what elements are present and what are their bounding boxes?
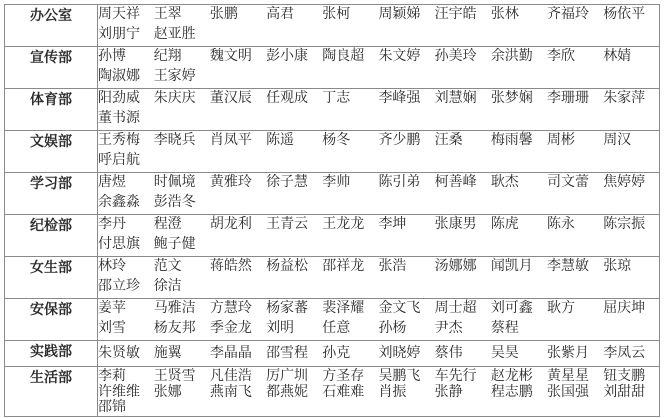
name-cell: 李峰强 [378, 89, 434, 131]
name-cell: 陈宗振 [603, 215, 659, 257]
name-cell: 厉广圳都燕妮 [266, 367, 322, 417]
member-name: 蔡伟 [435, 344, 491, 364]
member-name: 纪翔 [154, 47, 210, 67]
name-cell: 赵龙彬程志鹏 [491, 367, 547, 417]
member-name: 张康男 [435, 215, 491, 235]
department-cell: 安保部 [5, 299, 98, 341]
member-name: 朱庆庆 [154, 89, 210, 109]
member-name: 任意 [322, 319, 378, 339]
member-name: 屈庆坤 [603, 299, 659, 319]
member-name: 丁志 [322, 89, 378, 109]
name-cell: 林婧 [603, 47, 659, 89]
name-cell: 屈庆坤 [603, 299, 659, 341]
name-cell: 马雅洁杨友邦 [154, 299, 210, 341]
name-cell: 周士超尹杰 [435, 299, 491, 341]
name-cell: 李坤 [378, 215, 434, 257]
name-cell: 程澄鲍子健 [154, 215, 210, 257]
member-name: 张紫月 [547, 344, 603, 364]
member-name: 范文 [154, 257, 210, 277]
member-name: 李坤 [378, 215, 434, 235]
member-name: 程澄 [154, 215, 210, 235]
name-cell: 徐子慧 [266, 173, 322, 215]
member-name: 钮支鹏 [603, 369, 659, 385]
member-name: 石难难 [322, 385, 378, 401]
name-cell: 张林 [491, 5, 547, 47]
name-cell: 纪翔王家婷 [154, 47, 210, 89]
member-name: 金文飞 [378, 299, 434, 319]
department-cell: 办公室 [5, 5, 98, 47]
member-name: 李晓兵 [154, 131, 210, 151]
name-cell: 李凤云 [603, 341, 659, 367]
member-name: 朱家萍 [603, 89, 659, 109]
member-name: 朱贤敏 [98, 344, 154, 364]
member-name: 董书源 [98, 109, 154, 129]
member-name: 王秀梅 [98, 131, 154, 151]
member-name: 陈引弟 [378, 173, 434, 193]
table-row: 学习部唐煜余鑫淼时佩境彭浩冬黄雅玲徐子慧李帅陈引弟柯善峰耿杰司文蕾焦婷婷 [5, 173, 660, 215]
member-name: 杨益松 [266, 257, 322, 277]
table-row: 实践部朱贤敏施翼李晶晶邵雪程孙克刘晓婷蔡伟吴昊张紫月李凤云 [5, 341, 660, 367]
name-cell: 裴泽耀任意 [322, 299, 378, 341]
name-cell: 林玲邵立珍 [98, 257, 154, 299]
member-name: 呼启航 [98, 151, 154, 171]
page: 办公室周天祥刘朋宁王翠赵亚胜张鹏高君张柯周颖娣汪宇皓张林齐福玲杨依平宣传部孙博陶… [0, 0, 664, 418]
member-name: 季金龙 [210, 319, 266, 339]
name-cell: 金文飞孙杨 [378, 299, 434, 341]
name-cell: 时佩境彭浩冬 [154, 173, 210, 215]
member-name: 刘晓婷 [378, 344, 434, 364]
name-cell: 丁志 [322, 89, 378, 131]
member-name: 陈虎 [491, 215, 547, 235]
member-name: 王青云 [266, 215, 322, 235]
member-name: 李慧敏 [547, 257, 603, 277]
member-name: 李峰强 [378, 89, 434, 109]
member-name: 魏文明 [210, 47, 266, 67]
member-name: 周颖娣 [378, 5, 434, 25]
member-name: 焦婷婷 [603, 173, 659, 193]
member-name: 余鑫淼 [98, 193, 154, 213]
member-name: 陈永 [547, 215, 603, 235]
member-name: 张娜 [154, 385, 210, 401]
member-name: 李珊珊 [547, 89, 603, 109]
member-name: 齐少鹏 [378, 131, 434, 151]
name-cell: 刘慧娴 [435, 89, 491, 131]
name-cell: 陈虎 [491, 215, 547, 257]
name-cell: 柯善峰 [435, 173, 491, 215]
member-name: 付思旗 [98, 235, 154, 255]
member-name: 方慧玲 [210, 299, 266, 319]
member-name: 车先行 [435, 369, 491, 385]
member-name: 刘明 [266, 319, 322, 339]
name-cell: 张康男 [435, 215, 491, 257]
member-name: 肖凤平 [210, 131, 266, 151]
member-name: 蒋皓然 [210, 257, 266, 277]
member-name: 齐福玲 [547, 5, 603, 25]
member-name: 孙杨 [378, 319, 434, 339]
name-cell: 李晓兵 [154, 131, 210, 173]
name-cell: 张紫月 [547, 341, 603, 367]
member-name: 杨依平 [603, 5, 659, 25]
member-name: 阳劲威 [98, 89, 154, 109]
name-cell: 王龙龙 [322, 215, 378, 257]
member-name: 邵锦 [98, 400, 154, 416]
name-cell: 范文徐洁 [154, 257, 210, 299]
member-name: 张浩 [378, 257, 434, 277]
name-cell: 孙博陶淑娜 [98, 47, 154, 89]
name-cell: 李欣 [547, 47, 603, 89]
table-row: 体育部阳劲威董书源朱庆庆董汉辰任观成丁志李峰强刘慧娴张梦娴李珊珊朱家萍 [5, 89, 660, 131]
member-name: 邵立珍 [98, 277, 154, 297]
member-name: 尹杰 [435, 319, 491, 339]
name-cell: 任观成 [266, 89, 322, 131]
member-name: 汪宇皓 [435, 5, 491, 25]
name-cell: 高君 [266, 5, 322, 47]
member-name: 邵雪程 [266, 344, 322, 364]
name-cell: 方慧玲季金龙 [210, 299, 266, 341]
department-cell: 文娱部 [5, 131, 98, 173]
member-name: 杨友邦 [154, 319, 210, 339]
member-name: 燕南飞 [210, 385, 266, 401]
member-name: 厉广圳 [266, 369, 322, 385]
name-cell: 陈永 [547, 215, 603, 257]
member-name: 陈遥 [266, 131, 322, 151]
member-name: 李莉 [98, 369, 154, 385]
table-row: 女生部林玲邵立珍范文徐洁蒋皓然杨益松邵祥龙张浩汤娜娜闻凯月李慧敏张琼 [5, 257, 660, 299]
member-name: 凡佳浩 [210, 369, 266, 385]
name-cell: 周天祥刘朋宁 [98, 5, 154, 47]
member-name: 赵龙彬 [491, 369, 547, 385]
name-cell: 魏文明 [210, 47, 266, 89]
name-cell: 汪宇皓 [435, 5, 491, 47]
member-name: 许维维 [98, 385, 154, 401]
member-name: 彭小康 [266, 47, 322, 67]
member-name: 赵亚胜 [154, 25, 210, 45]
name-cell: 钮支鹏刘甜甜 [603, 367, 659, 417]
member-name: 耿方 [547, 299, 603, 319]
member-name: 杨冬 [322, 131, 378, 151]
name-cell: 张梦娴 [491, 89, 547, 131]
name-cell: 梅雨馨 [491, 131, 547, 173]
member-name: 林玲 [98, 257, 154, 277]
name-cell: 蔡伟 [435, 341, 491, 367]
member-name: 余洪勤 [491, 47, 547, 67]
name-cell: 陶良超 [322, 47, 378, 89]
name-cell: 朱文婷 [378, 47, 434, 89]
name-cell: 王秀梅呼启航 [98, 131, 154, 173]
member-name: 陶良超 [322, 47, 378, 67]
member-name: 任观成 [266, 89, 322, 109]
name-cell: 阳劲威董书源 [98, 89, 154, 131]
name-cell: 施翼 [154, 341, 210, 367]
member-name: 张鹏 [210, 5, 266, 25]
member-name: 黄星星 [547, 369, 603, 385]
member-name: 梅雨馨 [491, 131, 547, 151]
name-cell: 王翠赵亚胜 [154, 5, 210, 47]
name-cell: 李慧敏 [547, 257, 603, 299]
member-name: 王家婷 [154, 67, 210, 87]
name-cell: 吴鹏飞肖振 [378, 367, 434, 417]
member-name: 张琼 [603, 257, 659, 277]
member-name: 王贤雪 [154, 369, 210, 385]
member-name: 李晶晶 [210, 344, 266, 364]
name-cell: 周汉 [603, 131, 659, 173]
name-cell: 司文蕾 [547, 173, 603, 215]
member-name: 刘甜甜 [603, 385, 659, 401]
name-cell: 孙美玲 [435, 47, 491, 89]
name-cell: 朱庆庆 [154, 89, 210, 131]
name-cell: 刘可鑫蔡程 [491, 299, 547, 341]
name-cell: 李莉许维维邵锦 [98, 367, 154, 417]
name-cell: 张柯 [322, 5, 378, 47]
name-cell: 孙克 [322, 341, 378, 367]
member-name: 胡龙利 [210, 215, 266, 235]
name-cell: 蒋皓然 [210, 257, 266, 299]
member-name: 刘朋宁 [98, 25, 154, 45]
name-cell: 耿杰 [491, 173, 547, 215]
name-cell: 刘晓婷 [378, 341, 434, 367]
member-name: 李欣 [547, 47, 603, 67]
member-name: 周天祥 [98, 5, 154, 25]
member-name: 林婧 [603, 47, 659, 67]
member-name: 邵祥龙 [322, 257, 378, 277]
name-cell: 张浩 [378, 257, 434, 299]
roster-table-body: 办公室周天祥刘朋宁王翠赵亚胜张鹏高君张柯周颖娣汪宇皓张林齐福玲杨依平宣传部孙博陶… [5, 5, 660, 417]
name-cell: 杨益松 [266, 257, 322, 299]
member-name: 张梦娴 [491, 89, 547, 109]
member-name: 董汉辰 [210, 89, 266, 109]
department-cell: 体育部 [5, 89, 98, 131]
member-name: 程志鹏 [491, 385, 547, 401]
department-cell: 学习部 [5, 173, 98, 215]
member-name: 刘慧娴 [435, 89, 491, 109]
member-name: 刘雪 [98, 319, 154, 339]
name-cell: 焦婷婷 [603, 173, 659, 215]
member-name: 周士超 [435, 299, 491, 319]
member-name: 汪桑 [435, 131, 491, 151]
name-cell: 胡龙利 [210, 215, 266, 257]
name-cell: 汤娜娜 [435, 257, 491, 299]
name-cell: 黄雅玲 [210, 173, 266, 215]
member-name: 裴泽耀 [322, 299, 378, 319]
member-name: 徐洁 [154, 277, 210, 297]
member-name: 黄雅玲 [210, 173, 266, 193]
name-cell: 吴昊 [491, 341, 547, 367]
member-name: 闻凯月 [491, 257, 547, 277]
member-name: 孙克 [322, 344, 378, 364]
member-name: 李帅 [322, 173, 378, 193]
member-name: 张国强 [547, 385, 603, 401]
name-cell: 姜苹刘雪 [98, 299, 154, 341]
name-cell: 张琼 [603, 257, 659, 299]
member-name: 蔡程 [491, 319, 547, 339]
name-cell: 王青云 [266, 215, 322, 257]
member-name: 徐子慧 [266, 173, 322, 193]
member-name: 刘可鑫 [491, 299, 547, 319]
member-name: 汤娜娜 [435, 257, 491, 277]
name-cell: 邵雪程 [266, 341, 322, 367]
name-cell: 周彬 [547, 131, 603, 173]
member-name: 吴昊 [491, 344, 547, 364]
name-cell: 车先行张静 [435, 367, 491, 417]
member-name: 唐煜 [98, 173, 154, 193]
table-row: 生活部李莉许维维邵锦王贤雪张娜凡佳浩燕南飞厉广圳都燕妮方圣存石难难吴鹏飞肖振车先… [5, 367, 660, 417]
name-cell: 汪桑 [435, 131, 491, 173]
department-roster-table: 办公室周天祥刘朋宁王翠赵亚胜张鹏高君张柯周颖娣汪宇皓张林齐福玲杨依平宣传部孙博陶… [4, 4, 660, 417]
department-cell: 实践部 [5, 341, 98, 367]
name-cell: 耿方 [547, 299, 603, 341]
member-name: 方圣存 [322, 369, 378, 385]
table-row: 宣传部孙博陶淑娜纪翔王家婷魏文明彭小康陶良超朱文婷孙美玲余洪勤李欣林婧 [5, 47, 660, 89]
member-name: 施翼 [154, 344, 210, 364]
department-cell: 女生部 [5, 257, 98, 299]
member-name: 马雅洁 [154, 299, 210, 319]
member-name: 王龙龙 [322, 215, 378, 235]
name-cell: 李丹付思旗 [98, 215, 154, 257]
member-name: 朱文婷 [378, 47, 434, 67]
name-cell: 董汉辰 [210, 89, 266, 131]
name-cell: 王贤雪张娜 [154, 367, 210, 417]
name-cell: 杨冬 [322, 131, 378, 173]
table-row: 办公室周天祥刘朋宁王翠赵亚胜张鹏高君张柯周颖娣汪宇皓张林齐福玲杨依平 [5, 5, 660, 47]
member-name: 高君 [266, 5, 322, 25]
member-name: 张静 [435, 385, 491, 401]
name-cell: 李晶晶 [210, 341, 266, 367]
member-name: 柯善峰 [435, 173, 491, 193]
department-cell: 生活部 [5, 367, 98, 417]
name-cell: 齐福玲 [547, 5, 603, 47]
department-cell: 纪检部 [5, 215, 98, 257]
name-cell: 陈引弟 [378, 173, 434, 215]
name-cell: 方圣存石难难 [322, 367, 378, 417]
name-cell: 彭小康 [266, 47, 322, 89]
name-cell: 余洪勤 [491, 47, 547, 89]
member-name: 姜苹 [98, 299, 154, 319]
member-name: 杨家蕃 [266, 299, 322, 319]
member-name: 时佩境 [154, 173, 210, 193]
member-name: 孙博 [98, 47, 154, 67]
name-cell: 肖凤平 [210, 131, 266, 173]
name-cell: 闻凯月 [491, 257, 547, 299]
name-cell: 黄星星张国强 [547, 367, 603, 417]
member-name: 陈宗振 [603, 215, 659, 235]
member-name: 张林 [491, 5, 547, 25]
member-name: 司文蕾 [547, 173, 603, 193]
name-cell: 朱贤敏 [98, 341, 154, 367]
name-cell: 李帅 [322, 173, 378, 215]
name-cell: 杨依平 [603, 5, 659, 47]
name-cell: 陈遥 [266, 131, 322, 173]
member-name: 周彬 [547, 131, 603, 151]
name-cell: 齐少鹏 [378, 131, 434, 173]
table-row: 纪检部李丹付思旗程澄鲍子健胡龙利王青云王龙龙李坤张康男陈虎陈永陈宗振 [5, 215, 660, 257]
member-name: 李丹 [98, 215, 154, 235]
name-cell: 凡佳浩燕南飞 [210, 367, 266, 417]
name-cell: 杨家蕃刘明 [266, 299, 322, 341]
member-name: 王翠 [154, 5, 210, 25]
name-cell: 张鹏 [210, 5, 266, 47]
member-name: 孙美玲 [435, 47, 491, 67]
member-name: 鲍子健 [154, 235, 210, 255]
member-name: 彭浩冬 [154, 193, 210, 213]
table-row: 文娱部王秀梅呼启航李晓兵肖凤平陈遥杨冬齐少鹏汪桑梅雨馨周彬周汉 [5, 131, 660, 173]
member-name: 吴鹏飞 [378, 369, 434, 385]
member-name: 张柯 [322, 5, 378, 25]
name-cell: 李珊珊 [547, 89, 603, 131]
member-name: 都燕妮 [266, 385, 322, 401]
name-cell: 唐煜余鑫淼 [98, 173, 154, 215]
member-name: 李凤云 [603, 344, 659, 364]
name-cell: 邵祥龙 [322, 257, 378, 299]
name-cell: 朱家萍 [603, 89, 659, 131]
member-name: 陶淑娜 [98, 67, 154, 87]
member-name: 耿杰 [491, 173, 547, 193]
name-cell: 周颖娣 [378, 5, 434, 47]
member-name: 肖振 [378, 385, 434, 401]
member-name: 周汉 [603, 131, 659, 151]
table-row: 安保部姜苹刘雪马雅洁杨友邦方慧玲季金龙杨家蕃刘明裴泽耀任意金文飞孙杨周士超尹杰刘… [5, 299, 660, 341]
department-cell: 宣传部 [5, 47, 98, 89]
